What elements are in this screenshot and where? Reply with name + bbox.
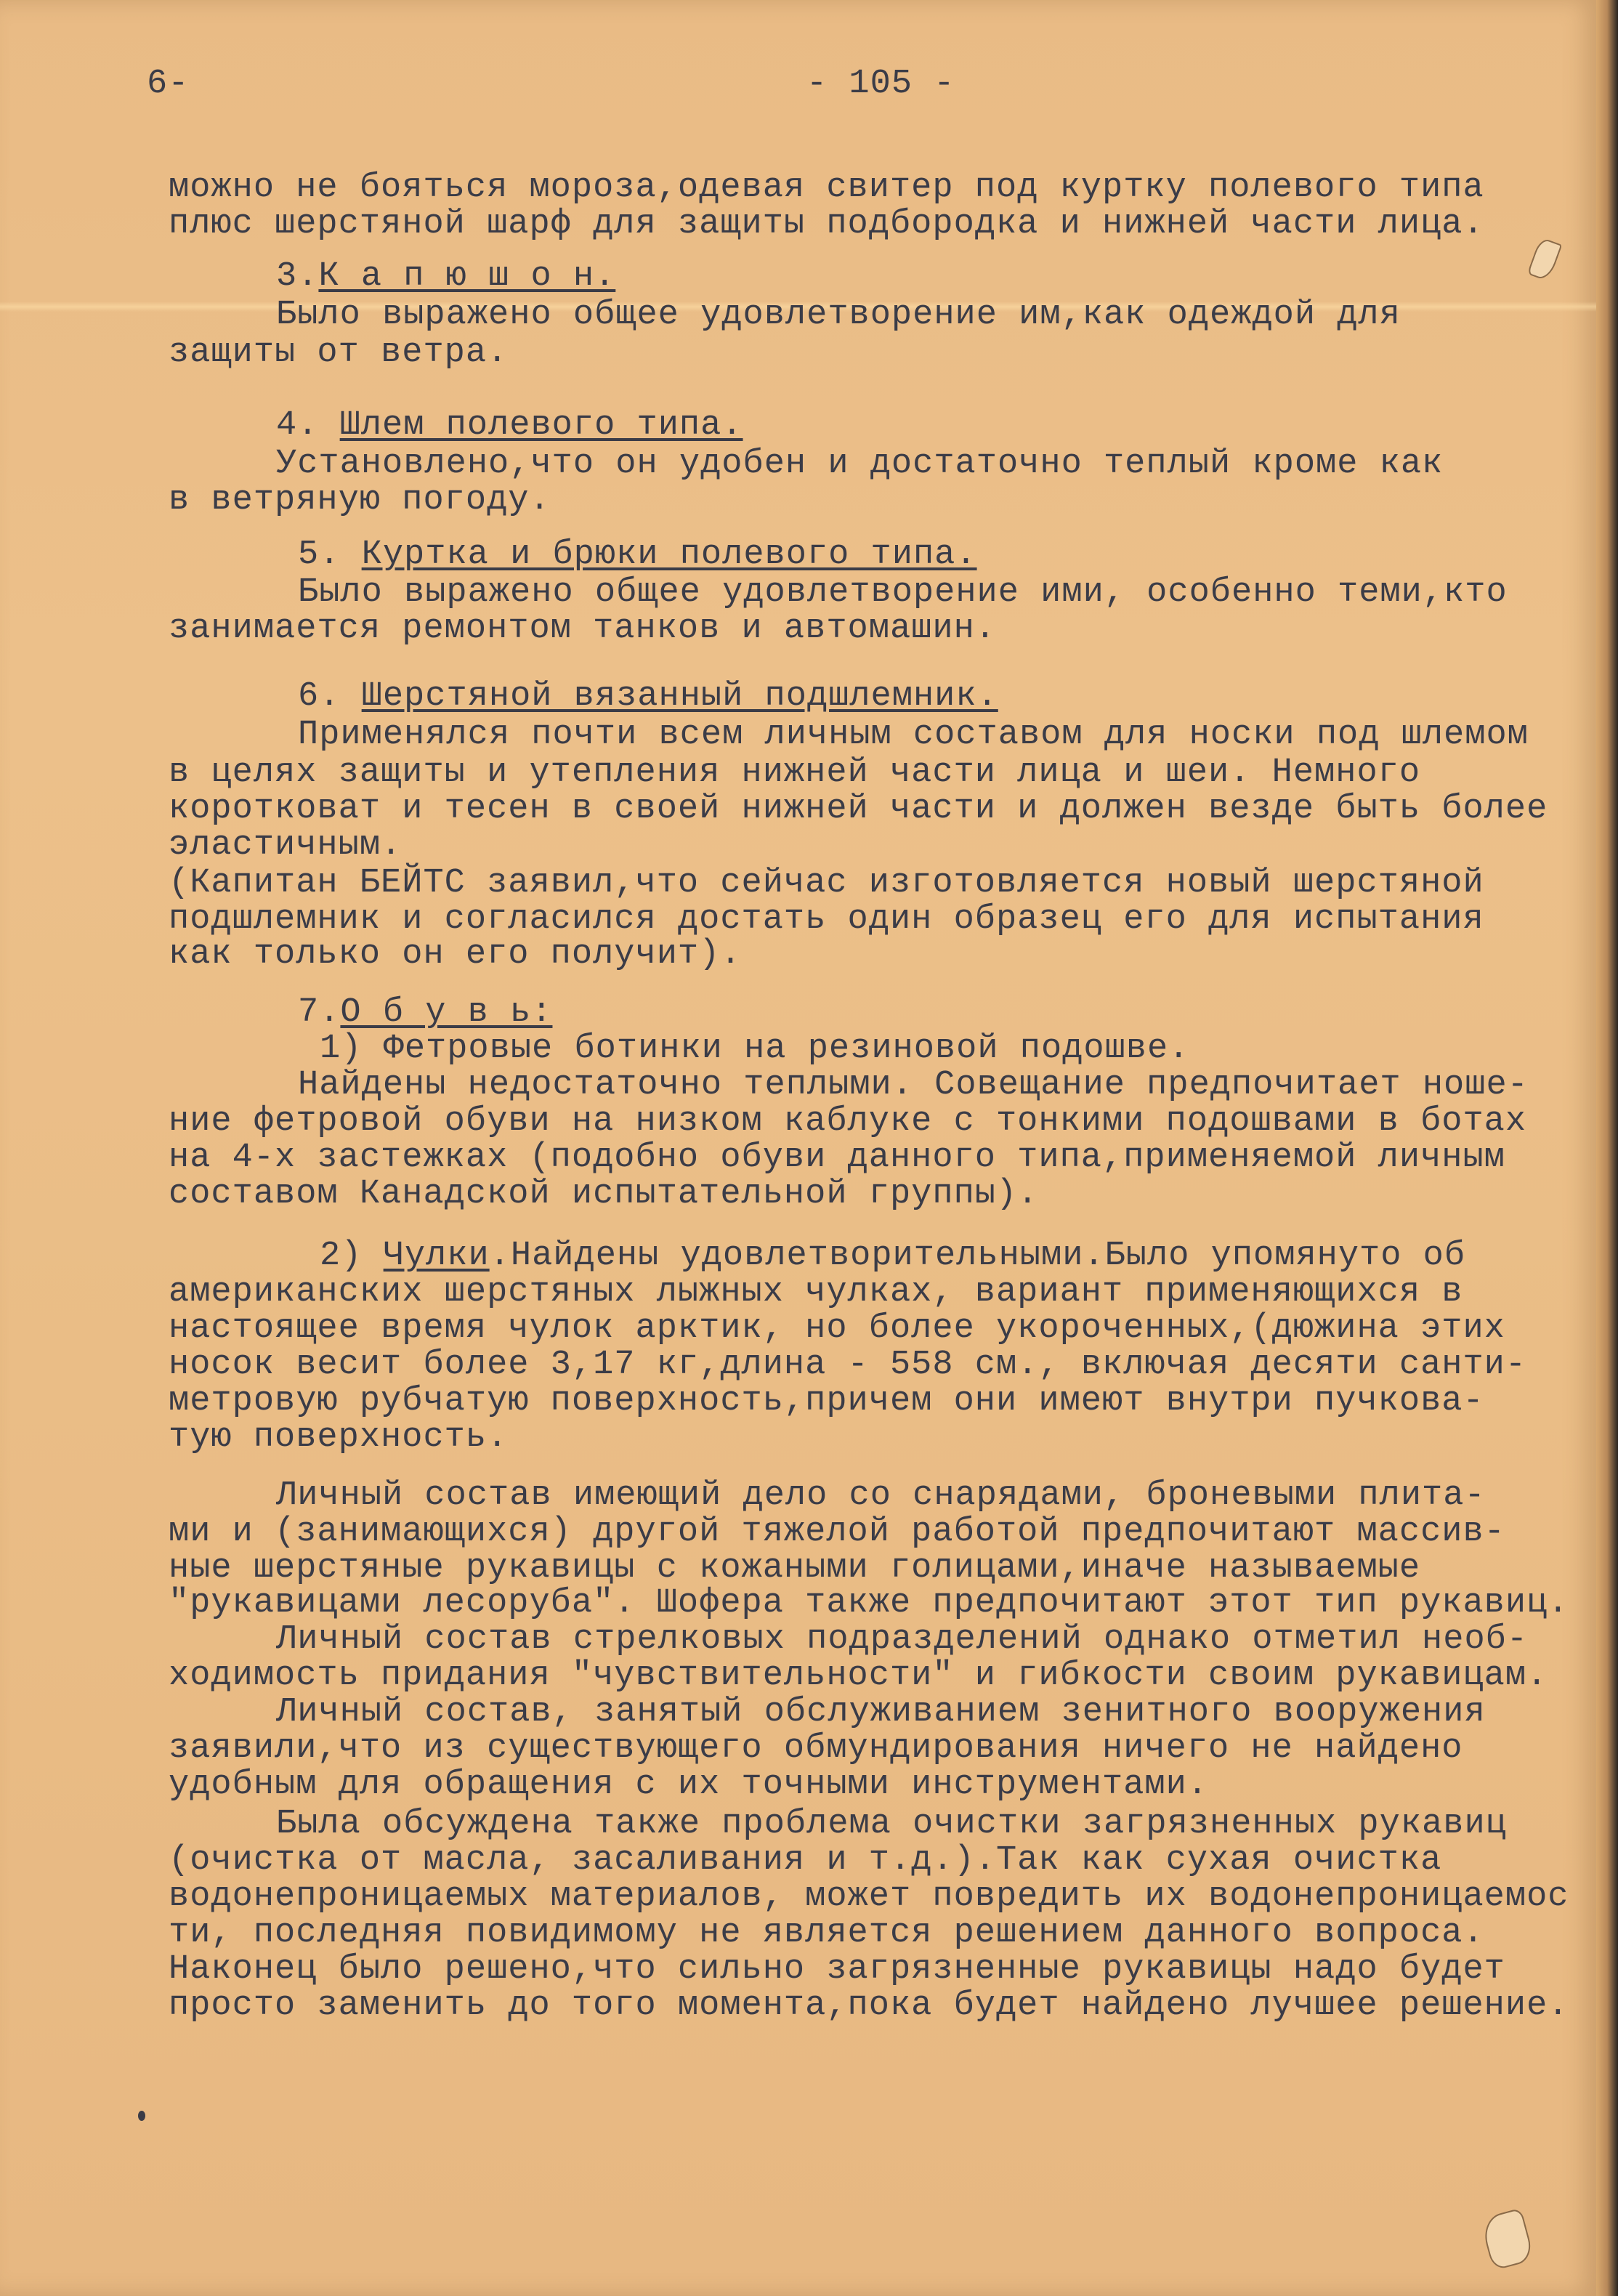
body-line: защиты от ветра. — [169, 336, 508, 370]
section-number: 3. — [276, 257, 318, 296]
subsection-label: 2) — [320, 1237, 362, 1275]
page-edge-shadow — [1596, 0, 1618, 2296]
body-line: "рукавицами лесоруба". Шофера также пред… — [169, 1586, 1569, 1620]
body-line: Применялся почти всем личным составом дл… — [298, 718, 1529, 752]
body-line: коротковат и тесен в своей нижней части … — [169, 792, 1548, 826]
body-line: метровую рубчатую поверхность,причем они… — [169, 1384, 1484, 1418]
body-line: Установлено,что он удобен и достаточно т… — [276, 447, 1443, 481]
body-line: подшлемник и согласился достать один обр… — [169, 902, 1484, 937]
section-title: О б у в ь: — [340, 993, 552, 1032]
body-line: занимается ремонтом танков и автомашин. — [169, 612, 996, 646]
body-line: Было выражено общее удовлетворение ими, … — [298, 575, 1508, 610]
body-line: (Капитан БЕЙТС заявил,что сейчас изготов… — [169, 866, 1484, 900]
subsection-title: Чулки — [384, 1237, 490, 1275]
subsection-text: .Найдены удовлетворительными.Было упомян… — [490, 1237, 1465, 1275]
body-line: Личный состав, занятый обслуживанием зен… — [276, 1695, 1486, 1729]
page-marker: 6- — [147, 67, 189, 101]
body-line: ходимость придания "чувствительности" и … — [169, 1659, 1548, 1693]
body-line: американских шерстяных лыжных чулках, ва… — [169, 1275, 1463, 1309]
section-title: Шерстяной вязанный подшлемник. — [362, 677, 998, 716]
paper-tear-mark — [1479, 2208, 1534, 2271]
body-line: как только он его получит). — [169, 937, 742, 971]
paper-tear-mark — [1527, 237, 1563, 282]
section-number: 6. — [298, 677, 340, 716]
body-line: составом Канадской испытательной группы)… — [169, 1177, 1038, 1211]
body-line: Наконец было решено,что сильно загрязнен… — [169, 1952, 1505, 1986]
section-number: 7. — [298, 993, 340, 1032]
subsection-heading: 1) Фетровые ботинки на резиновой подошве… — [320, 1032, 1189, 1066]
section-number: 5. — [298, 535, 340, 574]
body-line: Личный состав имеющий дело со снарядами,… — [276, 1479, 1486, 1513]
section-title: Шлем полевого типа. — [340, 406, 743, 445]
section-heading-5: 5. Куртка и брюки полевого типа. — [298, 538, 977, 572]
subsection-heading-stockings: 2) Чулки.Найдены удовлетворительными.Был… — [320, 1239, 1465, 1273]
body-line: можно не бояться мороза,одевая свитер по… — [169, 171, 1484, 205]
body-line: водонепроницаемых материалов, может повр… — [169, 1880, 1569, 1914]
body-line: носок весит более 3,17 кг,длина - 558 см… — [169, 1348, 1526, 1382]
body-line: ние фетровой обуви на низком каблуке с т… — [169, 1104, 1526, 1139]
section-heading-3: 3.К а п ю ш о н. — [276, 259, 615, 294]
body-line: просто заменить до того момента,пока буд… — [169, 1989, 1569, 2023]
section-number: 4. — [276, 406, 318, 445]
page-number: - 105 - — [806, 67, 955, 101]
section-heading-7: 7.О б у в ь: — [298, 995, 552, 1030]
body-line: Личный состав стрелковых подразделений о… — [276, 1622, 1528, 1657]
body-line: в целях защиты и утепления нижней части … — [169, 756, 1420, 790]
body-line: тую поверхность. — [169, 1420, 508, 1455]
body-line: (очистка от масла, засаливания и т.д.).Т… — [169, 1843, 1441, 1877]
body-line: Найдены недостаточно теплыми. Совещание … — [298, 1068, 1529, 1102]
body-line: ти, последняя повидимому не является реш… — [169, 1916, 1484, 1950]
ink-spot — [138, 2111, 145, 2121]
body-line: удобным для обращения с их точными инстр… — [169, 1768, 1208, 1802]
body-line: заявили,что из существующего обмундирова… — [169, 1731, 1463, 1766]
body-line: в ветряную погоду. — [169, 483, 551, 517]
section-heading-6: 6. Шерстяной вязанный подшлемник. — [298, 679, 998, 714]
body-line: эластичным. — [169, 828, 402, 862]
body-line: настоящее время чулок арктик, но более у… — [169, 1311, 1505, 1346]
body-line: на 4-х застежках (подобно обуви данного … — [169, 1141, 1505, 1175]
body-line: Была обсуждена также проблема очистки за… — [276, 1807, 1507, 1841]
section-heading-4: 4. Шлем полевого типа. — [276, 408, 743, 442]
body-line: плюс шерстяной шарф для защиты подбородк… — [169, 207, 1484, 241]
section-title: Куртка и брюки полевого типа. — [362, 535, 977, 574]
body-line: ми и (занимающихся) другой тяжелой работ… — [169, 1515, 1505, 1549]
body-line: Было выражено общее удовлетворение им,ка… — [276, 298, 1401, 332]
body-line: ные шерстяные рукавицы с кожаными голица… — [169, 1551, 1420, 1585]
section-title: К а п ю ш о н. — [318, 257, 615, 296]
document-page: 6- - 105 - можно не бояться мороза,одева… — [0, 0, 1598, 2296]
